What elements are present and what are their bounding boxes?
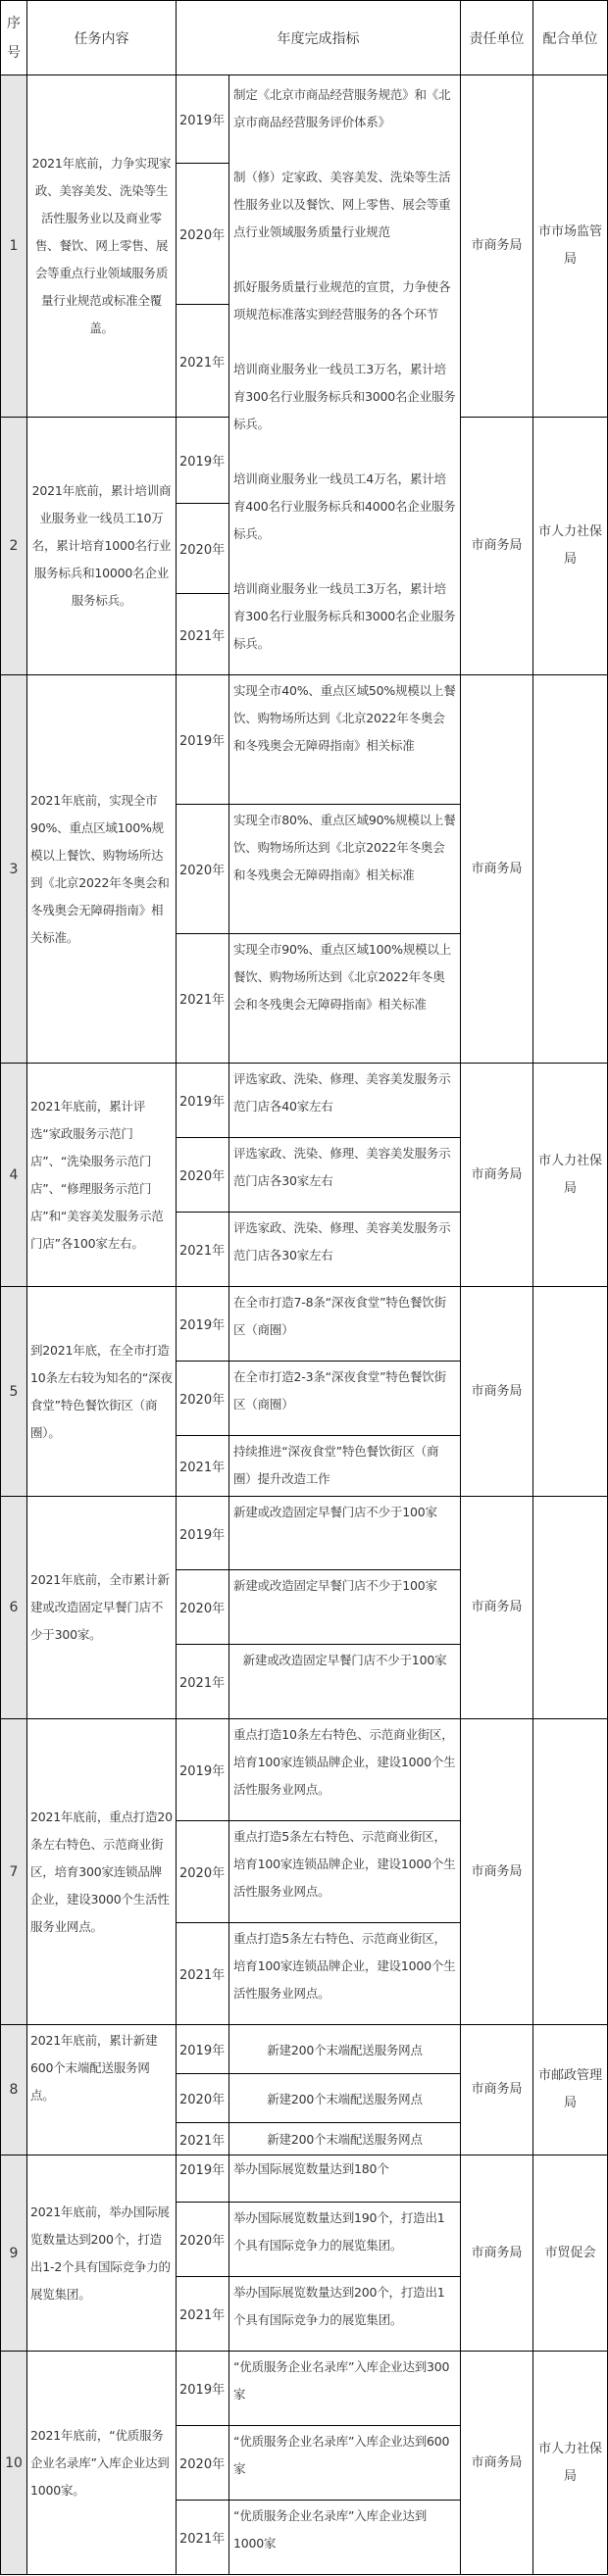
indicator-text: 培训商业服务业一线员工4万名，累计培育400名行业服务标兵和4000名企业服务标… (233, 466, 456, 548)
responsible-unit: 市商务局 (460, 417, 533, 675)
responsible-unit: 市商务局 (460, 1063, 533, 1287)
row-number: 7 (0, 1718, 27, 2025)
header-responsible: 责任单位 (460, 0, 533, 75)
task-content: 2021年底前，“优质服务企业名录库”入库企业达到1000家。 (26, 2351, 177, 2575)
year-2019: 2019年 (176, 2351, 229, 2426)
responsible-unit: 市商务局 (460, 1496, 533, 1719)
indicator-text: 抓好服务质量行业规范的宣贯，力争使各项规范标准落实到经营服务的各个环节 (233, 273, 456, 328)
task-content: 2021年底前，全市累计新建或改造固定早餐门店不少于300家。 (26, 1496, 177, 1719)
indicator-2020: 重点打造5条左右特色、示范商业街区，培育100家连锁品牌企业，建设1000个生活… (228, 1820, 461, 1923)
header-indicators: 年度完成指标 (176, 0, 461, 75)
row-number: 6 (0, 1496, 27, 1719)
header-no: 序号 (0, 0, 27, 75)
year-2019: 2019年 (176, 1496, 229, 1570)
year-2019: 2019年 (176, 417, 229, 504)
cooperating-unit (532, 1496, 608, 1719)
year-2020: 2020年 (176, 2202, 229, 2277)
responsible-unit: 市商务局 (460, 2155, 533, 2352)
year-2020: 2020年 (176, 503, 229, 594)
year-2020: 2020年 (176, 1820, 229, 1923)
year-2020: 2020年 (176, 1361, 229, 1436)
row-number: 4 (0, 1063, 27, 1287)
year-2021: 2021年 (176, 304, 229, 418)
year-2019: 2019年 (176, 674, 229, 805)
year-2020: 2020年 (176, 1137, 229, 1213)
task-content: 2021年底前，累计培训商业服务业一线员工10万名，累计培育1000名行业服务标… (26, 417, 177, 675)
cooperating-unit: 市人力社保局 (532, 2351, 608, 2575)
year-2019: 2019年 (176, 74, 229, 164)
indicator-2019: 重点打造10条左右特色、示范商业街区，培育100家连锁品牌企业，建设1000个生… (228, 1718, 461, 1821)
indicator-2019: “优质服务企业名录库”入库企业达到300家 (228, 2351, 461, 2426)
indicator-2021: 新建200个末端配送服务网点 (228, 2122, 461, 2155)
indicator-2021: 实现全市90%、重点区域100%规模以上餐饮、购物场所达到《北京2022年冬奥会… (228, 933, 461, 1064)
indicator-2021: 举办国际展览数量达到200个，打造出1个具有国际竞争力的展览集团。 (228, 2276, 461, 2352)
year-2019: 2019年 (176, 1286, 229, 1362)
year-2021: 2021年 (176, 933, 229, 1064)
cooperating-unit: 市人力社保局 (532, 1063, 608, 1287)
year-2021: 2021年 (176, 1644, 229, 1719)
year-2021: 2021年 (176, 593, 229, 675)
indicator-2021: 重点打造5条左右特色、示范商业街区，培育100家连锁品牌企业，建设1000个生活… (228, 1922, 461, 2025)
task-content: 2021年底前，重点打造20条左右特色、示范商业街区，培育300家连锁品牌企业，… (26, 1718, 177, 2025)
row-number: 10 (0, 2351, 27, 2575)
cooperating-unit (532, 1718, 608, 2025)
indicator-text: 制定《北京市商品经营服务规范》和《北京市商品经营服务评价体系》 (233, 81, 456, 136)
indicator-2020: 新建或改造固定早餐门店不少于100家 (228, 1569, 461, 1645)
indicator-2019: 评选家政、洗染、修理、美容美发服务示范门店各40家左右 (228, 1063, 461, 1138)
cooperating-unit: 市人力社保局 (532, 417, 608, 675)
indicator-text: 培训商业服务业一线员工3万名，累计培育300名行业服务标兵和3000名企业服务标… (233, 356, 456, 438)
indicator-2019: 实现全市40%、重点区域50%规模以上餐饮、购物场所达到《北京2022年冬奥会和… (228, 674, 461, 805)
row-number: 3 (0, 674, 27, 1064)
indicator-2021: “优质服务企业名录库”入库企业达到1000家 (228, 2500, 461, 2575)
year-2021: 2021年 (176, 1435, 229, 1497)
cooperating-unit (532, 1286, 608, 1497)
responsible-unit: 市商务局 (460, 2351, 533, 2575)
year-2021: 2021年 (176, 1212, 229, 1287)
indicator-2019: 新建或改造固定早餐门店不少于100家 (228, 1496, 461, 1570)
task-content: 2021年底前，累计新建600个末端配送服务网点。 (26, 2024, 177, 2155)
indicator-text: 培训商业服务业一线员工3万名，累计培育300名行业服务标兵和3000名企业服务标… (233, 575, 456, 658)
indicator-2021: 新建或改造固定早餐门店不少于100家 (228, 1644, 461, 1719)
responsible-unit: 市商务局 (460, 74, 533, 418)
year-2019: 2019年 (176, 2024, 229, 2074)
header-task: 任务内容 (26, 0, 177, 75)
responsible-unit: 市商务局 (460, 1286, 533, 1497)
indicator-2020: 新建200个末端配送服务网点 (228, 2073, 461, 2123)
year-2020: 2020年 (176, 1569, 229, 1645)
responsible-unit: 市商务局 (460, 2024, 533, 2155)
cooperating-unit: 市邮政管理局 (532, 2024, 608, 2155)
cooperating-unit: 市贸促会 (532, 2155, 608, 2352)
task-content: 到2021年底，在全市打造10条左右较为知名的“深夜食堂”特色餐饮街区（商圈）。 (26, 1286, 177, 1497)
task-content: 2021年底前，举办国际展览数量达到200个，打造出1-2个具有国际竞争力的展览… (26, 2155, 177, 2352)
indicator-2020: “优质服务企业名录库”入库企业达到600家 (228, 2425, 461, 2501)
indicator-2020: 评选家政、洗染、修理、美容美发服务示范门店各30家左右 (228, 1137, 461, 1213)
year-2021: 2021年 (176, 2122, 229, 2155)
indicator-block-rows-1-2: 制定《北京市商品经营服务规范》和《北京市商品经营服务评价体系》 制（修）定家政、… (228, 74, 461, 675)
year-2019: 2019年 (176, 1718, 229, 1821)
indicator-2019: 新建200个末端配送服务网点 (228, 2024, 461, 2074)
year-2021: 2021年 (176, 1922, 229, 2025)
task-content: 2021年底前，累计评选“家政服务示范门店”、“洗染服务示范门店”、“修理服务示… (26, 1063, 177, 1287)
responsible-unit: 市商务局 (460, 674, 533, 1064)
row-number: 1 (0, 74, 27, 418)
year-2019: 2019年 (176, 1063, 229, 1138)
row-number: 9 (0, 2155, 27, 2352)
task-content: 2021年底前，力争实现家政、美容美发、洗染等生活性服务业以及商业零售、餐饮、网… (26, 74, 177, 418)
indicator-2021: 持续推进“深夜食堂”特色餐饮街区（商圈）提升改造工作 (228, 1435, 461, 1497)
year-2020: 2020年 (176, 2073, 229, 2123)
row-number: 2 (0, 417, 27, 675)
row-number: 5 (0, 1286, 27, 1497)
year-2020: 2020年 (176, 163, 229, 305)
task-content: 2021年底前，实现全市90%、重点区域100%规模以上餐饮、购物场所达到《北京… (26, 674, 177, 1064)
year-2021: 2021年 (176, 2500, 229, 2575)
indicator-2019: 举办国际展览数量达到180个 (228, 2155, 461, 2203)
responsible-unit: 市商务局 (460, 1718, 533, 2025)
indicator-2019: 在全市打造7-8条“深夜食堂”特色餐饮街区（商圈） (228, 1286, 461, 1362)
year-2019: 2019年 (176, 2155, 229, 2203)
indicator-2020: 举办国际展览数量达到190个，打造出1个具有国际竞争力的展览集团。 (228, 2202, 461, 2277)
indicator-2020: 实现全市80%、重点区域90%规模以上餐饮、购物场所达到《北京2022年冬奥会和… (228, 804, 461, 934)
cooperating-unit: 市市场监管局 (532, 74, 608, 418)
indicator-2021: 评选家政、洗染、修理、美容美发服务示范门店各30家左右 (228, 1212, 461, 1287)
row-number: 8 (0, 2024, 27, 2155)
year-2020: 2020年 (176, 2425, 229, 2501)
cooperating-unit (532, 674, 608, 1064)
indicator-2020: 在全市打造2-3条“深夜食堂”特色餐饮街区（商圈） (228, 1361, 461, 1436)
year-2020: 2020年 (176, 804, 229, 934)
year-2021: 2021年 (176, 2276, 229, 2352)
indicator-text: 制（修）定家政、美容美发、洗染等生活性服务业以及餐饮、网上零售、展会等重点行业领… (233, 164, 456, 246)
header-cooperating: 配合单位 (532, 0, 608, 75)
